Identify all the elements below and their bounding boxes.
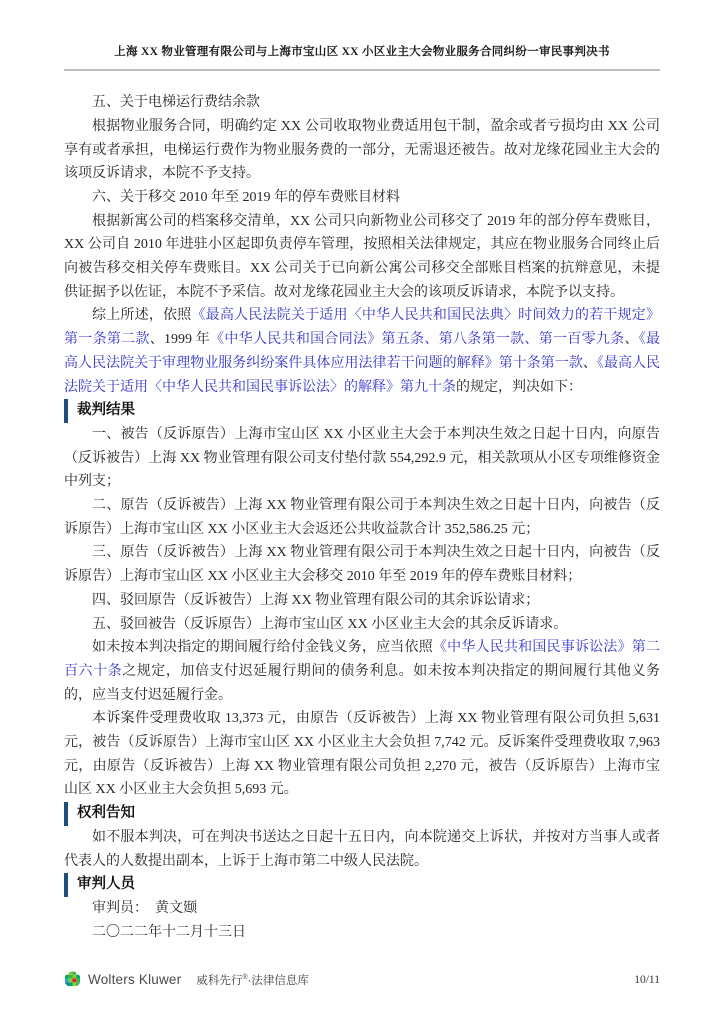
judges-heading: 审判人员 — [64, 873, 660, 897]
text-run: 根据新寓公司的档案移交清单，XX 公司只向新物业公司移交了 2019 年的部分停… — [64, 214, 660, 300]
wolters-kluwer-logo-icon — [64, 971, 81, 988]
para-body-6: 根据新寓公司的档案移交清单，XX 公司只向新物业公司移交了 2019 年的部分停… — [64, 210, 660, 305]
text-run: 的规定，判决如下： — [456, 380, 582, 395]
text-run: 二、原告（反诉被告）上海 XX 物业管理有限公司于本判决生效之日起十日内，向被告… — [64, 498, 660, 537]
header-divider — [64, 69, 660, 71]
text-run: 六、关于移交 2010 年至 2019 年的停车费账目材料 — [92, 190, 400, 205]
page-number: 10/11 — [634, 974, 660, 986]
para-judge-name: 审判员： 黄文颋 — [64, 897, 660, 921]
para-late-performance: 如未按本判决指定的期间履行给付金钱义务，应当依照《中华人民共和国民事诉讼法》第二… — [64, 636, 660, 707]
para-body-5: 根据物业服务合同，明确约定 XX 公司收取物业费适用包干制，盈余或者亏损均由 X… — [64, 115, 660, 186]
para-heading-5: 五、关于电梯运行费结余款 — [64, 91, 660, 115]
document-body: 五、关于电梯运行费结余款根据物业服务合同，明确约定 XX 公司收取物业费适用包干… — [64, 91, 660, 944]
text-run: 二〇二二年十二月十三日 — [92, 925, 246, 940]
page-footer: Wolters Kluwer 威科先行®·法律信息库 10/11 — [64, 971, 660, 988]
judgment-item-5: 五、驳回被告（反诉原告）上海市宝山区 XX 小区业主大会的其余反诉请求。 — [64, 613, 660, 637]
judgment-item-1: 一、被告（反诉原告）上海市宝山区 XX 小区业主大会于本判决生效之日起十日内，向… — [64, 423, 660, 494]
text-run: 、 — [624, 332, 638, 347]
text-run: 五、关于电梯运行费结余款 — [92, 95, 260, 110]
text-run: 综上所述，依照 — [92, 308, 191, 323]
text-run: 本诉案件受理费收取 13,373 元，由原告（反诉被告）上海 XX 物业管理有限… — [64, 711, 660, 797]
para-appeal-rights: 如不服本判决，可在判决书送达之日起十五日内，向本院递交上诉状，并按对方当事人或者… — [64, 826, 660, 873]
judgment-item-4: 四、驳回原告（反诉被告）上海 XX 物业管理有限公司的其余诉讼请求； — [64, 589, 660, 613]
text-run: 之规定，加倍支付迟延履行期间的债务利息。如未按本判决指定的期间履行其他义务的，应… — [64, 664, 660, 703]
text-run: 如未按本判决指定的期间履行给付金钱义务，应当依照 — [92, 640, 433, 655]
text-run: 根据物业服务合同，明确约定 XX 公司收取物业费适用包干制，盈余或者亏损均由 X… — [64, 119, 660, 181]
document-page: 上海 XX 物业管理有限公司与上海市宝山区 XX 小区业主大会物业服务合同纠纷一… — [0, 0, 724, 1024]
para-conclusion: 综上所述，依照《最高人民法院关于适用〈中华人民共和国民法典〉时间效力的若干规定》… — [64, 304, 660, 399]
judgment-item-2: 二、原告（反诉被告）上海 XX 物业管理有限公司于本判决生效之日起十日内，向被告… — [64, 494, 660, 541]
para-judgment-date: 二〇二二年十二月十三日 — [64, 921, 660, 945]
page-header: 上海 XX 物业管理有限公司与上海市宝山区 XX 小区业主大会物业服务合同纠纷一… — [64, 0, 660, 71]
text-run: 五、驳回被告（反诉原告）上海市宝山区 XX 小区业主大会的其余反诉请求。 — [92, 617, 567, 632]
rights-notice-heading: 权利告知 — [64, 802, 660, 826]
text-run: 、1999 年 — [150, 332, 210, 347]
text-run: 四、驳回原告（反诉被告）上海 XX 物业管理有限公司的其余诉讼请求； — [92, 593, 539, 608]
text-run: 如不服本判决，可在判决书送达之日起十五日内，向本院递交上诉状，并按对方当事人或者… — [64, 830, 660, 869]
judgment-result-heading: 裁判结果 — [64, 399, 660, 423]
product-name-text: 威科先行 — [196, 975, 242, 987]
product-name: 威科先行®·法律信息库 — [196, 972, 309, 988]
product-suffix-text: 法律信息库 — [251, 975, 309, 987]
judgment-item-3: 三、原告（反诉被告）上海 XX 物业管理有限公司于本判决生效之日起十日内，向被告… — [64, 541, 660, 588]
text-run: 审判员： 黄文颋 — [92, 901, 197, 916]
para-court-fees: 本诉案件受理费收取 13,373 元，由原告（反诉被告）上海 XX 物业管理有限… — [64, 707, 660, 802]
brand-wordmark: Wolters Kluwer — [88, 972, 181, 987]
statute-link[interactable]: 《中华人民共和国合同法》第五条、第八条第一款、第一百零九条 — [210, 332, 624, 347]
text-run: 、 — [583, 356, 597, 371]
brand-block: Wolters Kluwer 威科先行®·法律信息库 — [64, 971, 309, 988]
para-heading-6: 六、关于移交 2010 年至 2019 年的停车费账目材料 — [64, 186, 660, 210]
text-run: 三、原告（反诉被告）上海 XX 物业管理有限公司于本判决生效之日起十日内，向被告… — [64, 545, 660, 584]
document-title: 上海 XX 物业管理有限公司与上海市宝山区 XX 小区业主大会物业服务合同纠纷一… — [64, 44, 660, 60]
text-run: 一、被告（反诉原告）上海市宝山区 XX 小区业主大会于本判决生效之日起十日内，向… — [64, 427, 660, 489]
